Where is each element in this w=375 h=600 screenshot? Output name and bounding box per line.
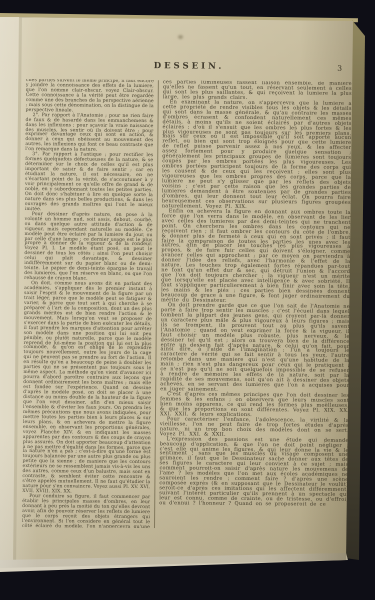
page-number: 3 bbox=[337, 64, 342, 73]
paragraph: ces parties lumineuses fassent liaison e… bbox=[163, 80, 352, 101]
paragraph: L'expression des passions est une étude … bbox=[159, 437, 349, 508]
paragraph: On doit, comme nous avons dit en parlant… bbox=[22, 282, 152, 496]
paragraph: Pour conduire sa figure, il faut commenc… bbox=[22, 495, 150, 528]
paragraph: 2°. Par rapport à l'Anatomie ; pour ne r… bbox=[25, 114, 153, 155]
paragraph: En examinant la nature, on s'appercevra … bbox=[162, 100, 352, 211]
text-columns: ches parties suivent le même principe, i… bbox=[22, 79, 352, 530]
column-divider-rule bbox=[154, 80, 159, 528]
right-column: ces parties lumineuses fassent liaison e… bbox=[159, 80, 352, 530]
paragraph: On doit prendre garde que ce que l'on sa… bbox=[160, 303, 350, 394]
paragraph: C'est d'après ces mêmes principes que l'… bbox=[160, 392, 349, 418]
paragraph: ches parties suivent le même principe, i… bbox=[26, 79, 154, 115]
left-column: ches parties suivent le même principe, i… bbox=[22, 79, 154, 528]
margin-smudge bbox=[344, 248, 350, 258]
page-header: DESSEIN. 3 bbox=[26, 60, 352, 77]
ink-spot bbox=[178, 35, 183, 39]
paragraph: Pour dessiner d'après nature, on pose à … bbox=[24, 213, 153, 283]
printed-page-content: DESSEIN. 3 ches parties suivent le même … bbox=[22, 60, 352, 530]
paragraph: Enfin on achevera la figure en donnant a… bbox=[161, 209, 351, 305]
photo-background: DESSEIN. 3 ches parties suivent le même … bbox=[0, 0, 375, 600]
paragraph: 3°. Par rapport à l'antique ; pour recti… bbox=[25, 153, 154, 214]
running-head: DESSEIN. bbox=[26, 60, 352, 73]
paragraph: Pour caractériser l'enfance, l'adolescen… bbox=[160, 417, 349, 438]
